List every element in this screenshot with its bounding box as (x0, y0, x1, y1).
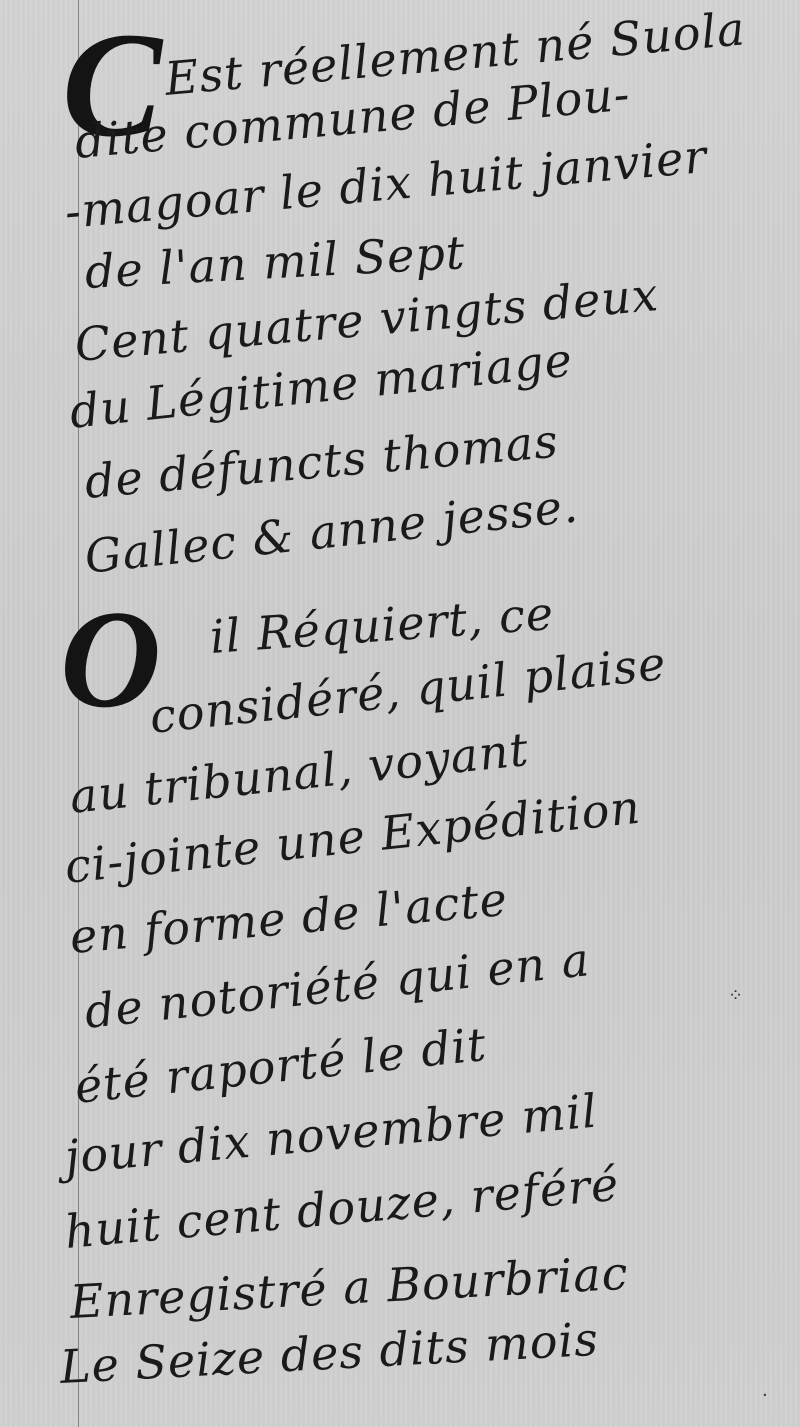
ink-speck: ⁘ (728, 985, 743, 1006)
decorative-initial-o: O (60, 590, 161, 730)
ink-dot: · (762, 1385, 768, 1406)
manuscript-page: C O Est réellement né Suola dite commune… (0, 0, 800, 1427)
